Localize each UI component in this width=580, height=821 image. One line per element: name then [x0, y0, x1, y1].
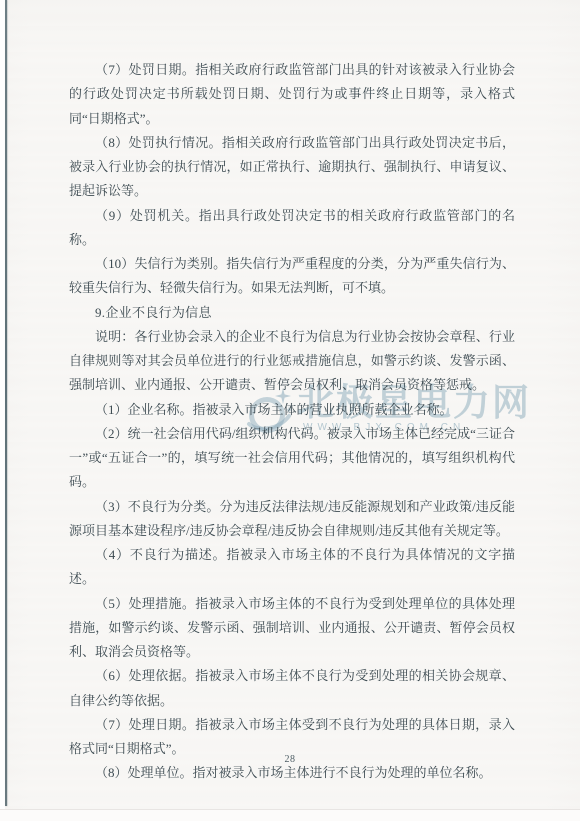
doc-paragraph-handling-basis: （6）处理依据。指被录入市场主体不良行为受到处理的相关协会规章、自律公约等依据。	[69, 664, 515, 713]
scanned-document-page: 北极星电力网 WWW.BJX.COM.CN （7）处罚日期。指相关政府行政监管部…	[0, 0, 580, 821]
doc-paragraph-handling-measures: （5）处理措施。指被录入市场主体的不良行为受到处理单位的具体处理措施，如警示约谈…	[69, 592, 515, 665]
doc-paragraph-penalty-execution: （8）处罚执行情况。指相关政府行政监管部门出具行政处罚决定书后，被录入行业协会的…	[69, 131, 515, 204]
section-heading-enterprise-misconduct: 9.企业不良行为信息	[69, 301, 515, 325]
scan-left-edge-line	[5, 0, 7, 806]
doc-paragraph-dishonesty-category: （10）失信行为类别。指失信行为严重程度的分类，分为严重失信行为、较重失信行为、…	[69, 252, 515, 301]
doc-paragraph-enterprise-name: （1）企业名称。指被录入市场主体的营业执照所载企业名称。	[69, 398, 515, 422]
doc-paragraph-section-note: 说明：各行业协会录入的企业不良行为信息为行业协会按协会章程、行业自律规则等对其会…	[69, 325, 515, 398]
doc-paragraph-credit-code: （2）统一社会信用代码/组织机构代码。被录入市场主体已经完成“三证合一”或“五证…	[69, 422, 515, 495]
document-text: （7）处罚日期。指相关政府行政监管部门出具的针对该被录入行业协会的行政处罚决定书…	[69, 58, 515, 786]
doc-paragraph-misconduct-description: （4）不良行为描述。指被录入市场主体的不良行为具体情况的文字描述。	[69, 543, 515, 592]
page-number: 28	[0, 754, 580, 765]
doc-paragraph-penalty-date: （7）处罚日期。指相关政府行政监管部门出具的针对该被录入行业协会的行政处罚决定书…	[69, 58, 515, 131]
doc-paragraph-penalty-authority: （9）处罚机关。指出具行政处罚决定书的相关政府行政监管部门的名称。	[69, 204, 515, 253]
page-bottom-edge	[0, 809, 580, 821]
doc-paragraph-misconduct-classification: （3）不良行为分类。分为违反法律法规/违反能源规划和产业政策/违反能源项目基本建…	[69, 495, 515, 544]
